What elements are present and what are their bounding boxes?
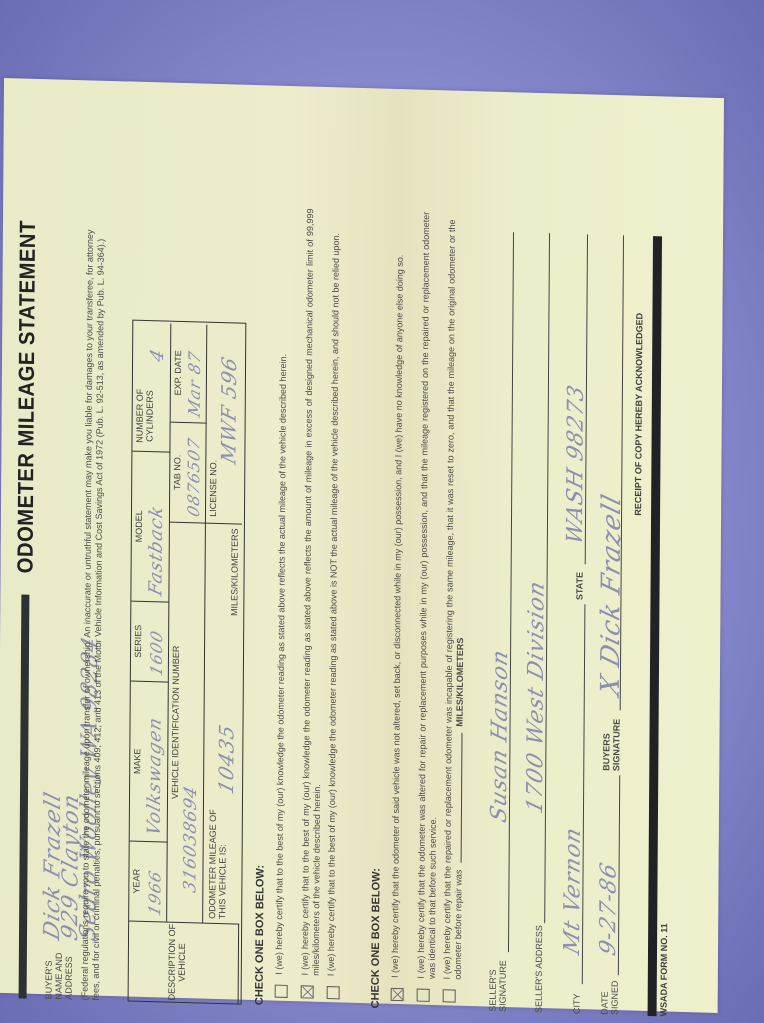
seller-address-label: SELLER'S ADDRESS <box>534 925 545 1013</box>
exp-date-value: Mar 87 <box>185 349 204 419</box>
date-buyer-row: DATE SIGNED 9-27-86 BUYERS SIGNATURE X D… <box>600 215 606 1015</box>
series-value: 1600 <box>147 628 166 678</box>
document-title: ODOMETER MILEAGE STATEMENT <box>13 214 42 579</box>
seller-signature-value: Susan Hanson <box>487 646 513 825</box>
check-group-2-title: CHECK ONE BOX BELOW: <box>370 868 383 1009</box>
description-of-vehicle-cell: DESCRIPTION OF VEHICLE <box>129 921 240 1004</box>
cylinders-label: NUMBER OF CYLINDERS <box>132 381 154 452</box>
license-value: MWF 596 <box>216 354 241 467</box>
series-cell[interactable]: SERIES 1600 <box>131 601 170 682</box>
model-value: Fastback <box>145 503 167 599</box>
checkbox-unchecked[interactable] <box>417 989 430 1002</box>
cylinders-cell[interactable]: NUMBER OF CYLINDERS 4 <box>132 323 171 452</box>
license-cell[interactable]: LICENSE NO. MWF 596 <box>206 325 243 524</box>
checkbox-checked[interactable] <box>301 985 314 998</box>
make-cell[interactable]: MAKE Volkswagen <box>130 681 169 842</box>
model-label: MODEL <box>131 452 144 601</box>
make-label: MAKE <box>130 682 143 841</box>
city-state-row: CITY Mt Vernon STATE WASH 98273 <box>564 214 570 1014</box>
odometer-unit-label: MILES/KILOMETERS <box>227 528 240 616</box>
state-value: WASH 98273 <box>563 382 589 548</box>
check-group-1-option-3[interactable]: I (we) hereby certify that to the best o… <box>326 209 346 999</box>
seller-address-line[interactable] <box>544 233 550 923</box>
prior-mileage-blank[interactable] <box>461 733 463 863</box>
option-text-wrapper: I (we) hereby certify that the repaired … <box>442 219 469 979</box>
check-group-1-option-1[interactable]: I (we) hereby certify that to the best o… <box>274 208 294 998</box>
buyer-signature-label: BUYERS SIGNATURE <box>601 711 621 772</box>
tab-no-cell[interactable]: TAB NO. 0876507 <box>170 422 207 523</box>
paper-sheet: ODOMETER MILEAGE STATEMENT BUYER'S NAME … <box>0 78 724 1013</box>
check-group-2-option-1[interactable]: I (we) hereby certify that the odometer … <box>390 211 410 1001</box>
year-value: 1966 <box>145 868 164 918</box>
seller-address-row: SELLER'S ADDRESS 1700 West Division <box>526 213 532 1013</box>
checkbox-checked[interactable] <box>391 988 404 1001</box>
year-label: YEAR <box>129 842 142 921</box>
bottom-rule <box>648 236 662 1016</box>
checkbox-unchecked[interactable] <box>443 989 456 1002</box>
odometer-cell[interactable]: ODOMETER MILEAGE OF THIS VEHICLE IS: 104… <box>203 523 242 924</box>
city-value: Mt Vernon <box>560 824 586 957</box>
cylinders-value: 4 <box>147 346 168 364</box>
title-rule-left <box>19 594 30 998</box>
option-text: I (we) hereby certify that to the best o… <box>274 354 292 975</box>
checkbox-unchecked[interactable] <box>327 986 340 999</box>
exp-date-cell[interactable]: EXP. DATE Mar 87 <box>171 324 208 423</box>
buyer-signature-value: X Dick Frazell <box>596 491 627 699</box>
vin-cell[interactable]: VEHICLE IDENTIFICATION NUMBER 316038694 <box>167 522 206 923</box>
option-text: I (we) hereby certify that the repaired … <box>442 219 464 979</box>
title-row: ODOMETER MILEAGE STATEMENT <box>8 198 44 999</box>
year-cell[interactable]: YEAR 1966 <box>129 841 168 922</box>
seller-address-value: 1700 West Division <box>523 578 550 817</box>
option-text: I (we) hereby certify that to the best o… <box>300 208 327 975</box>
date-signed-value: 9-27-86 <box>596 860 622 959</box>
exp-date-label: EXP. DATE <box>171 324 184 422</box>
seller-signature-label: SELLER'S SIGNATURE <box>488 952 508 1013</box>
odometer-value: 10435 <box>214 721 238 796</box>
tab-no-label: TAB NO. <box>170 423 183 522</box>
series-label: SERIES <box>131 602 144 681</box>
tab-no-value: 0876507 <box>184 435 204 519</box>
make-value: Volkswagen <box>144 714 166 838</box>
model-cell[interactable]: MODEL Fastback <box>131 451 170 602</box>
check-group-1-option-2[interactable]: I (we) hereby certify that to the best o… <box>300 208 328 998</box>
city-label: CITY <box>572 993 582 1014</box>
receipt-acknowledged: RECEIPT OF COPY HEREBY ACKNOWLEDGED <box>633 313 644 516</box>
check-group-2-option-3[interactable]: I (we) hereby certify that the repaired … <box>442 212 470 1002</box>
option-text: I (we) hereby certify that the odometer … <box>390 255 409 979</box>
vehicle-description-table: DESCRIPTION OF VEHICLE YEAR 1966 MAKE Vo… <box>128 320 247 1005</box>
buyer-label: BUYER'S NAME AND ADDRESS <box>44 939 74 1000</box>
state-label: STATE <box>574 572 584 600</box>
seller-signature-line[interactable] <box>508 232 514 952</box>
checkbox-unchecked[interactable] <box>275 985 288 998</box>
seller-signature-row: SELLER'S SIGNATURE Susan Hanson <box>488 212 494 1012</box>
check-group-1-title: CHECK ONE BOX BELOW: <box>254 865 267 1006</box>
odometer-form: ODOMETER MILEAGE STATEMENT BUYER'S NAME … <box>8 198 674 1016</box>
description-label: DESCRIPTION OF VEHICLE <box>129 922 188 1003</box>
option-text: I (we) hereby certify that the odometer … <box>416 212 443 979</box>
prior-mileage-unit: MILES/KILOMETERS <box>455 638 466 727</box>
form-number: WSADA FORM NO. 11 <box>659 923 670 1016</box>
check-group-2-option-2[interactable]: I (we) hereby certify that the odometer … <box>416 212 444 1002</box>
odometer-label: ODOMETER MILEAGE OF THIS VEHICLE IS: <box>205 809 228 920</box>
vin-value: 316038694 <box>180 783 201 895</box>
date-signed-label: DATE SIGNED <box>600 975 620 1016</box>
option-text: I (we) hereby certify that to the best o… <box>326 233 345 977</box>
